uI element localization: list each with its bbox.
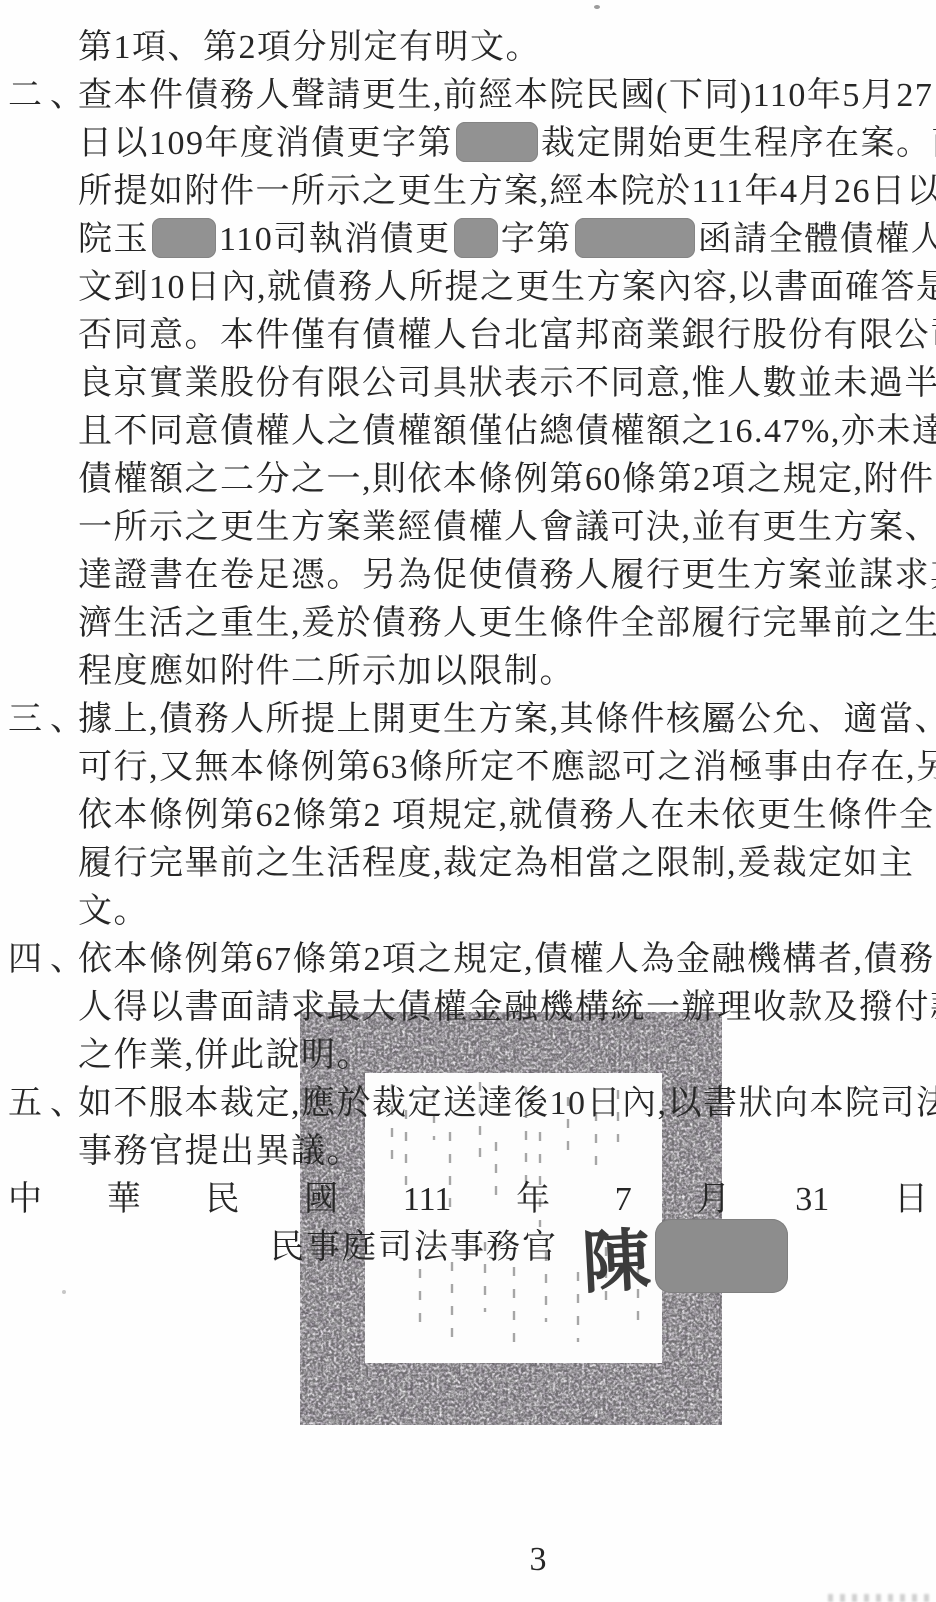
text-segment: 如不服本裁定,應於裁定送達後10日內,以書狀向本院司法 xyxy=(78,1085,936,1122)
document-lines: 第1項、第2項分別定有明文。二、查本件債務人聲請更生,前經本院民國(下同)110… xyxy=(0,24,936,1176)
text-line: 五、如不服本裁定,應於裁定送達後10日內,以書狀向本院司法 xyxy=(0,1080,936,1128)
redaction-box xyxy=(456,122,538,162)
clerk-signature-surname: 陳 xyxy=(580,1206,653,1306)
date-token: 中 xyxy=(8,1176,42,1224)
text-line: 依本條例第62條第2 項規定,就債務人在未依更生條件全部 xyxy=(0,792,936,840)
text-line: 四、依本條例第67條第2項之規定,債權人為金融機構者,債務 xyxy=(0,936,936,984)
date-token: 111 xyxy=(403,1176,451,1224)
text-line: 濟生活之重生,爰於債務人更生條件全部履行完畢前之生活 xyxy=(0,600,936,648)
text-segment: 程度應如附件二所示加以限制。 xyxy=(78,653,575,690)
text-segment: 可行,又無本條例第63條所定不應認可之消極事由存在,另 xyxy=(78,749,936,786)
date-token: 31 xyxy=(795,1176,829,1224)
text-segment: 函請全體債權人於 xyxy=(698,221,936,258)
redaction-box xyxy=(575,218,695,258)
page-number: 3 xyxy=(498,1536,578,1584)
date-token: 年 xyxy=(516,1176,550,1224)
clerk-title: 民事庭司法事務官 xyxy=(270,1229,558,1266)
text-line: 事務官提出異議。 xyxy=(0,1128,936,1176)
text-line: 程度應如附件二所示加以限制。 xyxy=(0,648,936,696)
text-line: 二、查本件債務人聲請更生,前經本院民國(下同)110年5月27 xyxy=(0,72,936,120)
text-line: 債權額之二分之一,則依本條例第60條第2項之規定,附件 xyxy=(0,456,936,504)
text-segment: 且不同意債權人之債權額僅佔總債權額之16.47%,亦未達總 xyxy=(78,413,936,450)
date-token: 華 xyxy=(107,1176,141,1224)
text-line: 可行,又無本條例第63條所定不應認可之消極事由存在,另 xyxy=(0,744,936,792)
text-line: 日以109年度消債更字第裁定開始更生程序在案。而其 xyxy=(0,120,936,168)
text-segment: 日以109年度消債更字第 xyxy=(78,125,453,162)
roc-date-line: 中華民國111年7月31日 xyxy=(0,1176,936,1224)
text-segment: 債權額之二分之一,則依本條例第60條第2項之規定,附件 xyxy=(78,461,935,498)
text-segment: 院玉 xyxy=(78,221,149,258)
text-line: 文到10日內,就債務人所提之更生方案內容,以書面確答是 xyxy=(0,264,936,312)
signature-line: 民事庭司法事務官 xyxy=(0,1224,936,1272)
scanned-court-ruling-page: { "document": { "lines": [ {"marker":"",… xyxy=(0,0,936,1602)
ruling-text-body: 第1項、第2項分別定有明文。二、查本件債務人聲請更生,前經本院民國(下同)110… xyxy=(0,24,936,1272)
text-segment: 達證書在卷足憑。另為促使債務人履行更生方案並謀求其經 xyxy=(78,557,936,594)
date-token: 國 xyxy=(304,1176,338,1224)
text-line: 人得以書面請求最大債權金融機構統一辦理收款及撥付款項 xyxy=(0,984,936,1032)
text-segment: 事務官提出異議。 xyxy=(78,1133,362,1170)
date-token: 民 xyxy=(205,1176,239,1224)
text-segment: 否同意。本件僅有債權人台北富邦商業銀行股份有限公司、 xyxy=(78,317,936,354)
text-line: 三、據上,債務人所提上開更生方案,其條件核屬公允、適當、 xyxy=(0,696,936,744)
scan-speck xyxy=(594,5,600,9)
date-token: 日 xyxy=(894,1176,928,1224)
text-line: 院玉110司執消債更字第函請全體債權人於 xyxy=(0,216,936,264)
date-token: 月 xyxy=(697,1176,731,1224)
text-line: 之作業,併此說明。 xyxy=(0,1032,936,1080)
list-item-marker: 三、 xyxy=(8,696,92,744)
text-segment: 文到10日內,就債務人所提之更生方案內容,以書面確答是 xyxy=(78,269,936,306)
text-line: 良京實業股份有限公司具狀表示不同意,惟人數並未過半, xyxy=(0,360,936,408)
text-segment: 查本件債務人聲請更生,前經本院民國(下同)110年5月27 xyxy=(78,77,933,114)
signature-redaction-box xyxy=(655,1219,788,1293)
text-line: 所提如附件一所示之更生方案,經本院於111年4月26日以新 xyxy=(0,168,936,216)
text-segment: 文。 xyxy=(78,893,149,930)
text-segment: 之作業,併此說明。 xyxy=(78,1037,372,1074)
text-segment: 第1項、第2項分別定有明文。 xyxy=(78,29,541,66)
list-item-marker: 四、 xyxy=(8,936,92,984)
text-segment: 依本條例第62條第2 項規定,就債務人在未依更生條件全部 xyxy=(78,797,936,834)
text-segment: 一所示之更生方案業經債權人會議可決,並有更生方案、送 xyxy=(78,509,936,546)
text-line: 一所示之更生方案業經債權人會議可決,並有更生方案、送 xyxy=(0,504,936,552)
text-segment: 裁定開始更生程序在案。而其 xyxy=(541,125,936,162)
scan-speck xyxy=(62,1290,66,1294)
text-line: 達證書在卷足憑。另為促使債務人履行更生方案並謀求其經 xyxy=(0,552,936,600)
list-item-marker: 二、 xyxy=(8,72,92,120)
text-line: 第1項、第2項分別定有明文。 xyxy=(0,24,936,72)
text-line: 否同意。本件僅有債權人台北富邦商業銀行股份有限公司、 xyxy=(0,312,936,360)
text-segment: 字第 xyxy=(501,221,572,258)
text-line: 履行完畢前之生活程度,裁定為相當之限制,爰裁定如主 xyxy=(0,840,936,888)
list-item-marker: 五、 xyxy=(8,1080,92,1128)
text-segment: 依本條例第67條第2項之規定,債權人為金融機構者,債務 xyxy=(78,941,935,978)
redaction-box xyxy=(152,218,216,258)
text-segment: 履行完畢前之生活程度,裁定為相當之限制,爰裁定如主 xyxy=(78,845,915,882)
scan-speck xyxy=(698,856,702,860)
text-line: 且不同意債權人之債權額僅佔總債權額之16.47%,亦未達總 xyxy=(0,408,936,456)
text-segment: 人得以書面請求最大債權金融機構統一辦理收款及撥付款項 xyxy=(78,989,936,1026)
text-segment: 110司執消債更 xyxy=(219,221,451,258)
scan-corner-smudge xyxy=(828,1594,932,1602)
text-line: 文。 xyxy=(0,888,936,936)
text-segment: 良京實業股份有限公司具狀表示不同意,惟人數並未過半, xyxy=(78,365,936,402)
redaction-box xyxy=(454,218,498,258)
text-segment: 所提如附件一所示之更生方案,經本院於111年4月26日以新 xyxy=(78,173,936,210)
text-segment: 據上,債務人所提上開更生方案,其條件核屬公允、適當、 xyxy=(78,701,936,738)
text-segment: 濟生活之重生,爰於債務人更生條件全部履行完畢前之生活 xyxy=(78,605,936,642)
